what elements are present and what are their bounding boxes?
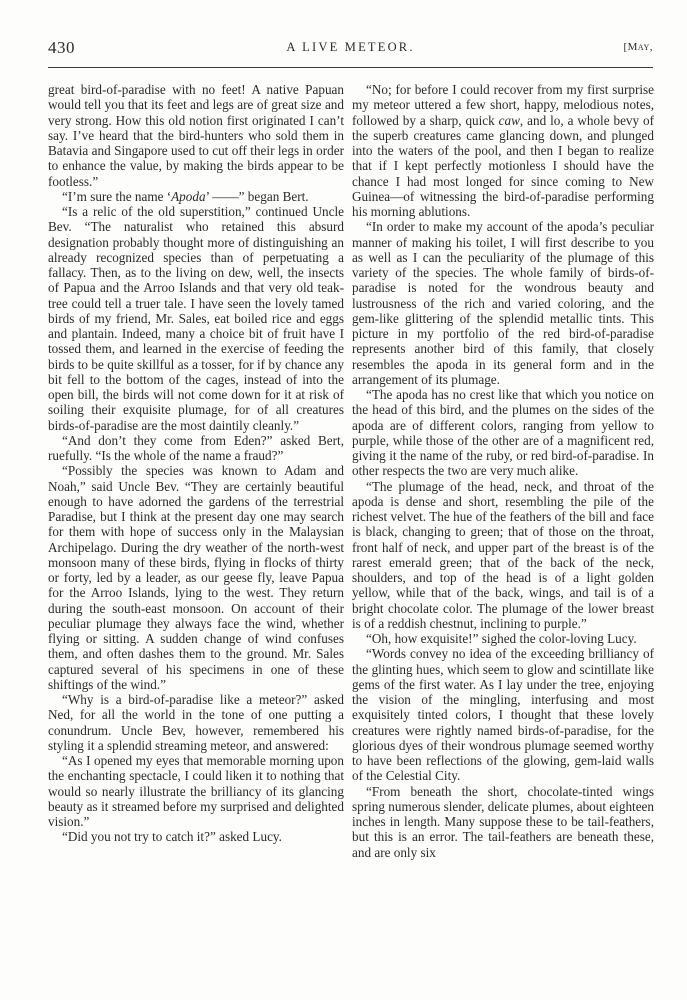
paragraph: great bird-of-paradise with no feet! A n… (48, 82, 344, 189)
paragraph: “Possibly the species was known to Adam … (48, 463, 344, 692)
paragraph: “Why is a bird-of-paradise like a meteor… (48, 692, 344, 753)
text-run: ’ ——” began Bert. (206, 189, 309, 204)
header-rule (48, 67, 653, 68)
paragraph: “The plumage of the head, neck, and thro… (352, 479, 654, 632)
paragraph: “In order to make my account of the apod… (352, 219, 654, 387)
paragraph: “Is a relic of the old superstition,” co… (48, 204, 344, 433)
issue-month: [May, (623, 41, 653, 53)
italic-term: Apoda (171, 189, 205, 204)
paragraph: “No; for before I could recover from my … (352, 82, 654, 219)
paragraph: “As I opened my eyes that memorable morn… (48, 753, 344, 829)
paragraph: “I’m sure the name ‘Apoda’ ——” began Ber… (48, 189, 344, 204)
running-head: 430 A LIVE METEOR. [May, (48, 38, 653, 60)
right-column: “No; for before I could recover from my … (352, 82, 654, 860)
paragraph: “Did you not try to catch it?” asked Luc… (48, 829, 344, 844)
paragraph: “And don’t they come from Eden?” asked B… (48, 433, 344, 464)
left-column: great bird-of-paradise with no feet! A n… (48, 82, 344, 845)
book-page: 430 A LIVE METEOR. [May, great bird-of-p… (0, 0, 687, 1000)
paragraph: “From beneath the short, chocolate-tinte… (352, 784, 654, 860)
chapter-title: A LIVE METEOR. (48, 40, 653, 55)
text-run: , and lo, a whole bevy of the superb cre… (352, 113, 654, 220)
paragraph: “The apoda has no crest like that which … (352, 387, 654, 479)
paragraph: “Oh, how exquisite!” sighed the color-lo… (352, 631, 654, 646)
paragraph: “Words convey no idea of the exceeding b… (352, 646, 654, 783)
italic-term: caw (499, 113, 520, 128)
text-run: “I’m sure the name ‘ (62, 189, 171, 204)
